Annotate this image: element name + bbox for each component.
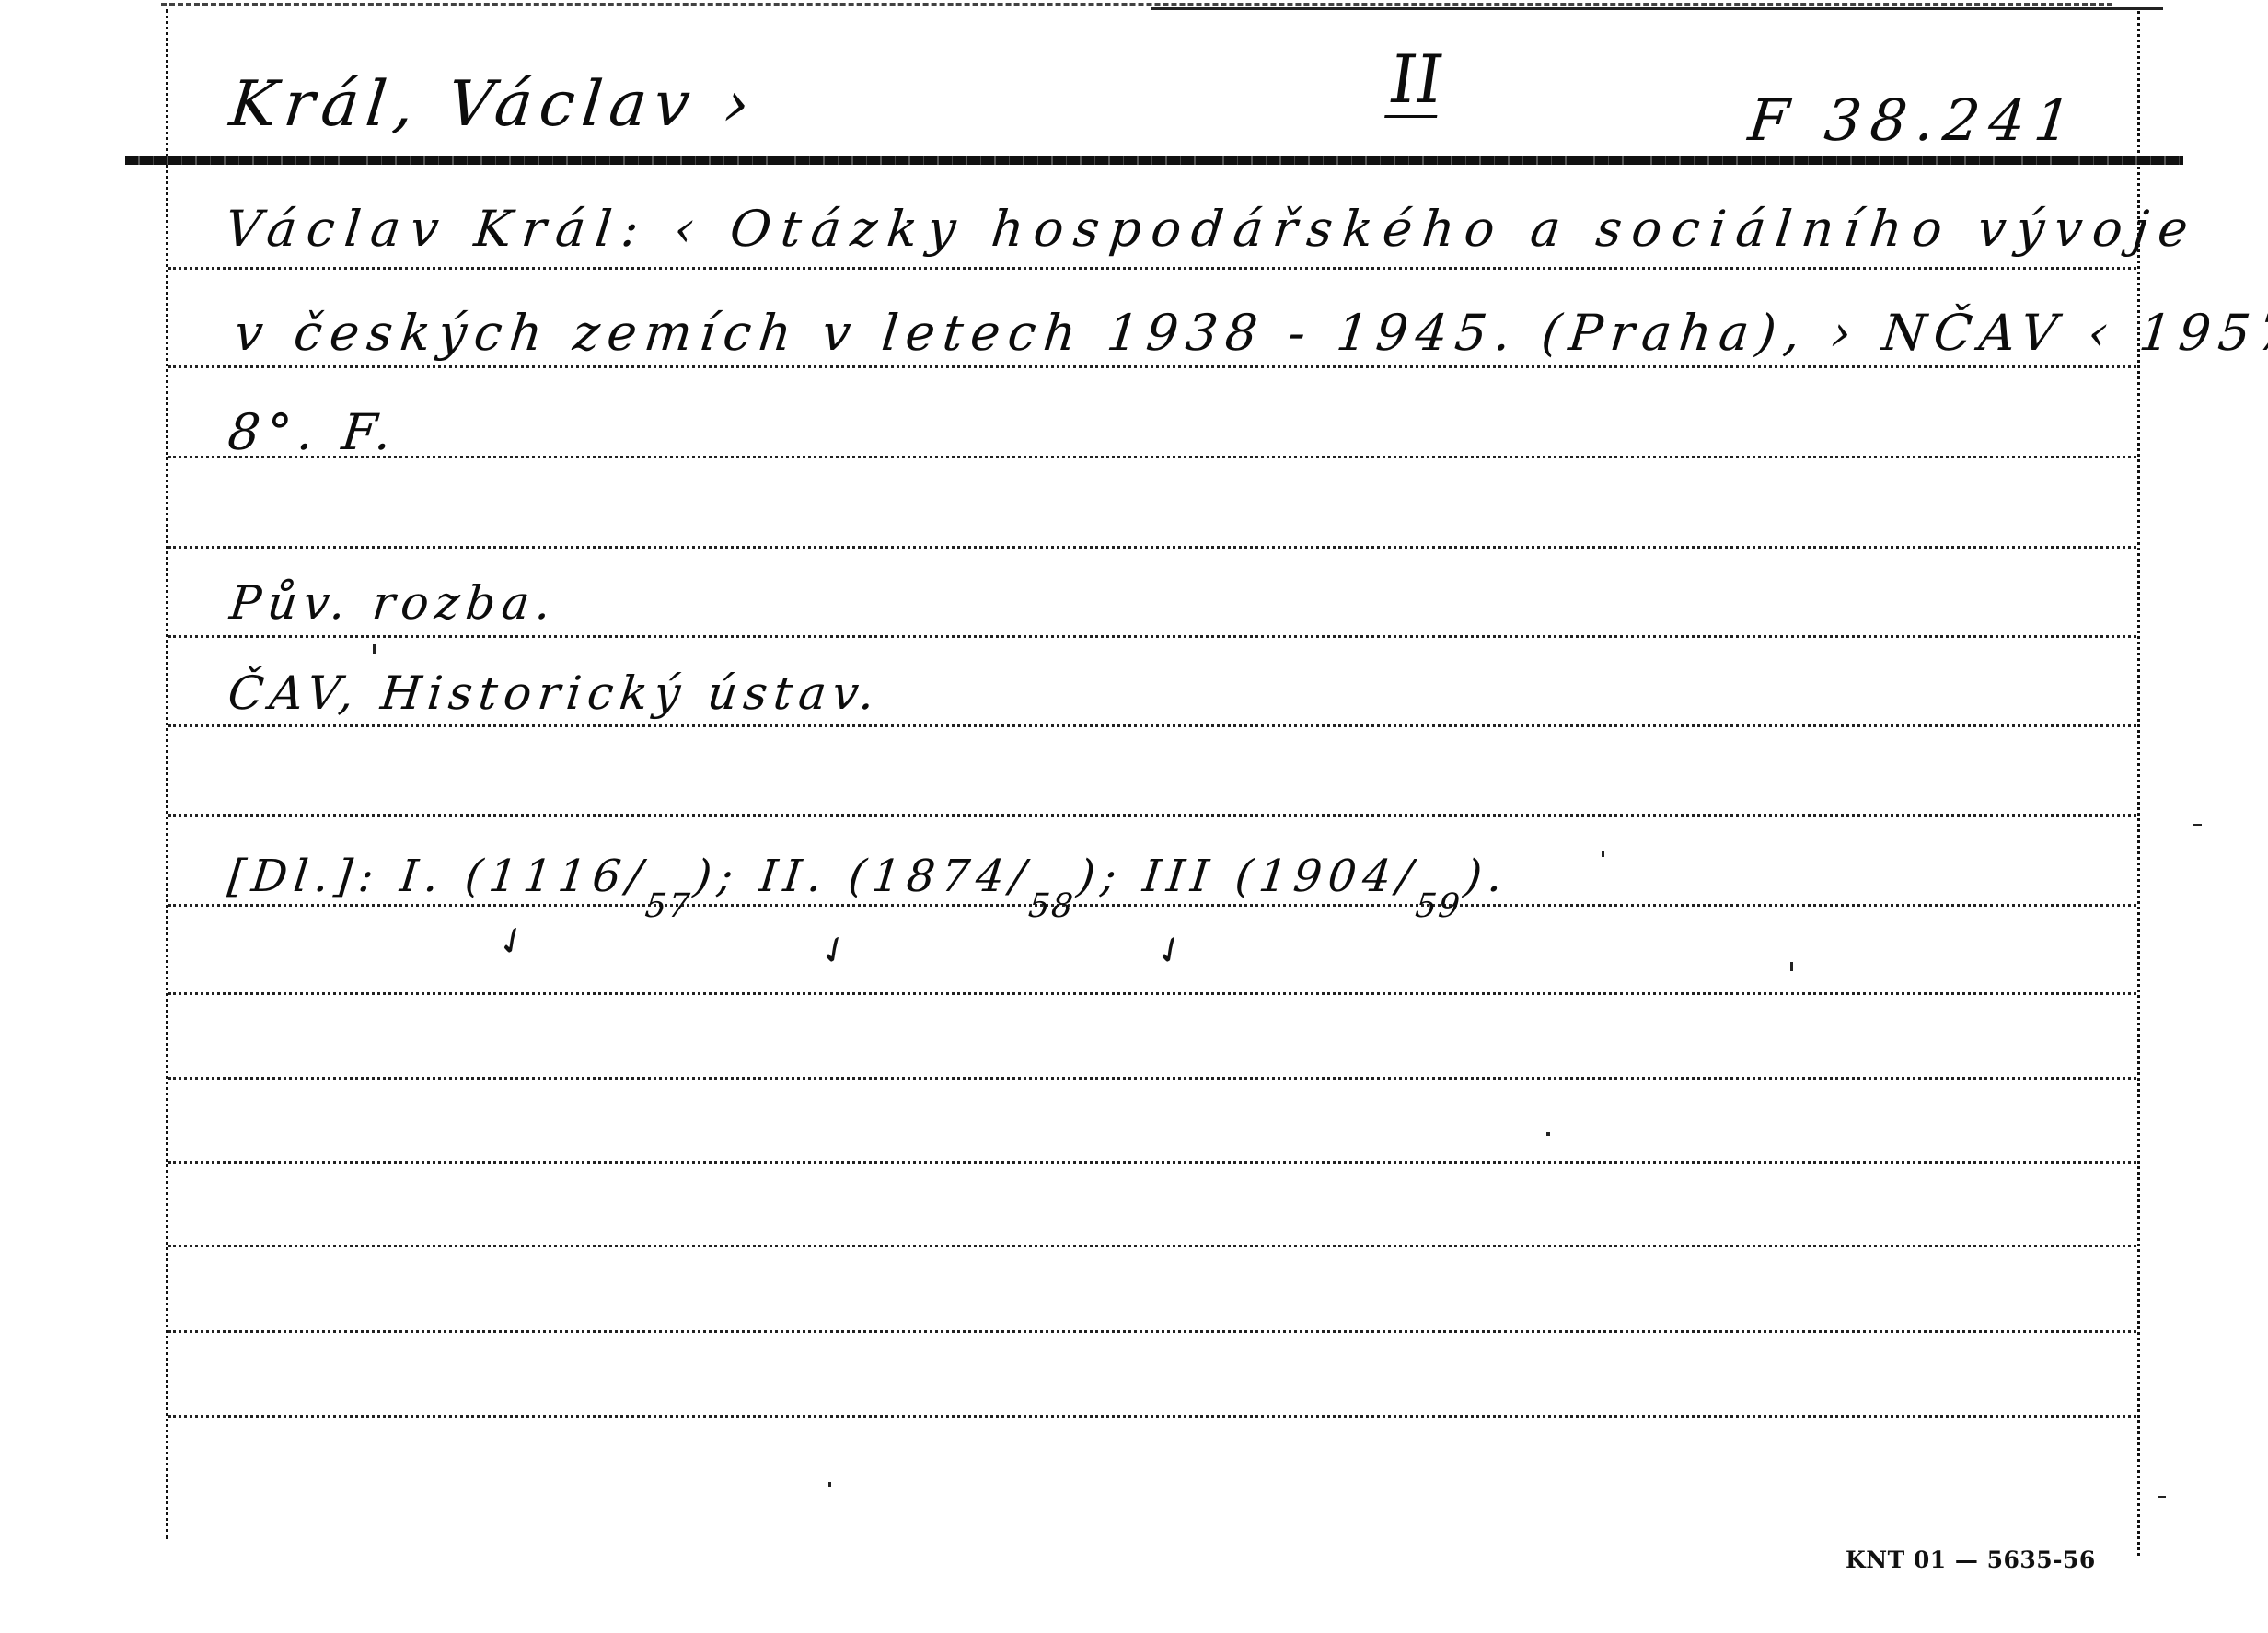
ruled-line bbox=[168, 1077, 2136, 1080]
card-border-left bbox=[166, 9, 168, 1539]
ruled-line bbox=[168, 1415, 2136, 1418]
scan-edge-top bbox=[161, 3, 2112, 6]
ruled-line bbox=[168, 814, 2136, 816]
scan-speck bbox=[373, 644, 376, 654]
note-origin: Pův. rozba. bbox=[227, 580, 559, 626]
scan-speck bbox=[2158, 1496, 2166, 1498]
scan-speck bbox=[1602, 851, 1604, 857]
description-line-2: v českých zemích v letech 1938 - 1945. (… bbox=[232, 308, 2268, 358]
volume-marker: II bbox=[1385, 46, 1447, 112]
ruled-line bbox=[168, 635, 2136, 638]
call-number: F 38.241 bbox=[1746, 92, 2083, 149]
scan-speck bbox=[2193, 824, 2202, 826]
check-mark-icon: ✓ bbox=[490, 916, 536, 967]
holdings-prefix: [Dl.]: bbox=[226, 851, 383, 902]
ruled-line bbox=[168, 724, 2136, 727]
ruled-line bbox=[168, 1330, 2136, 1333]
check-mark-icon: ✓ bbox=[1148, 925, 1194, 977]
ruled-line bbox=[168, 365, 2136, 368]
scan-speck bbox=[828, 1482, 831, 1487]
ruled-line bbox=[168, 267, 2136, 270]
heading-rule bbox=[125, 156, 2183, 165]
ruled-line bbox=[168, 1245, 2136, 1247]
description-line-1: Václav Král: ‹ Otázky hospodářského a so… bbox=[223, 204, 2200, 254]
author-heading: Král, Václav › bbox=[226, 74, 759, 136]
holding-volume-1: I. (1116/57); bbox=[398, 854, 741, 898]
holding-volume-2: II. (1874/58); bbox=[758, 854, 1125, 898]
catalog-card: Král, Václav › II F 38.241 Václav Král: … bbox=[0, 0, 2268, 1633]
description-line-3: 8°. F. bbox=[226, 408, 400, 457]
ruled-line bbox=[168, 992, 2136, 995]
scan-speck bbox=[1546, 1132, 1550, 1136]
scan-edge-top-right bbox=[1151, 7, 2163, 10]
ruled-line bbox=[168, 904, 2136, 907]
card-form-code: KNT 01 — 5635-56 bbox=[1846, 1546, 2096, 1573]
ruled-line bbox=[168, 1161, 2136, 1164]
holdings-line: [Dl.]: I. (1116/57); II. (1874/58); III … bbox=[226, 854, 1510, 898]
note-institution: ČAV, Historický ústav. bbox=[226, 670, 883, 716]
holding-volume-3: III (1904/59). bbox=[1140, 854, 1510, 898]
check-mark-icon: ✓ bbox=[812, 925, 858, 977]
ruled-line bbox=[168, 546, 2136, 549]
scan-speck bbox=[1790, 962, 1793, 971]
ruled-line bbox=[168, 456, 2136, 458]
